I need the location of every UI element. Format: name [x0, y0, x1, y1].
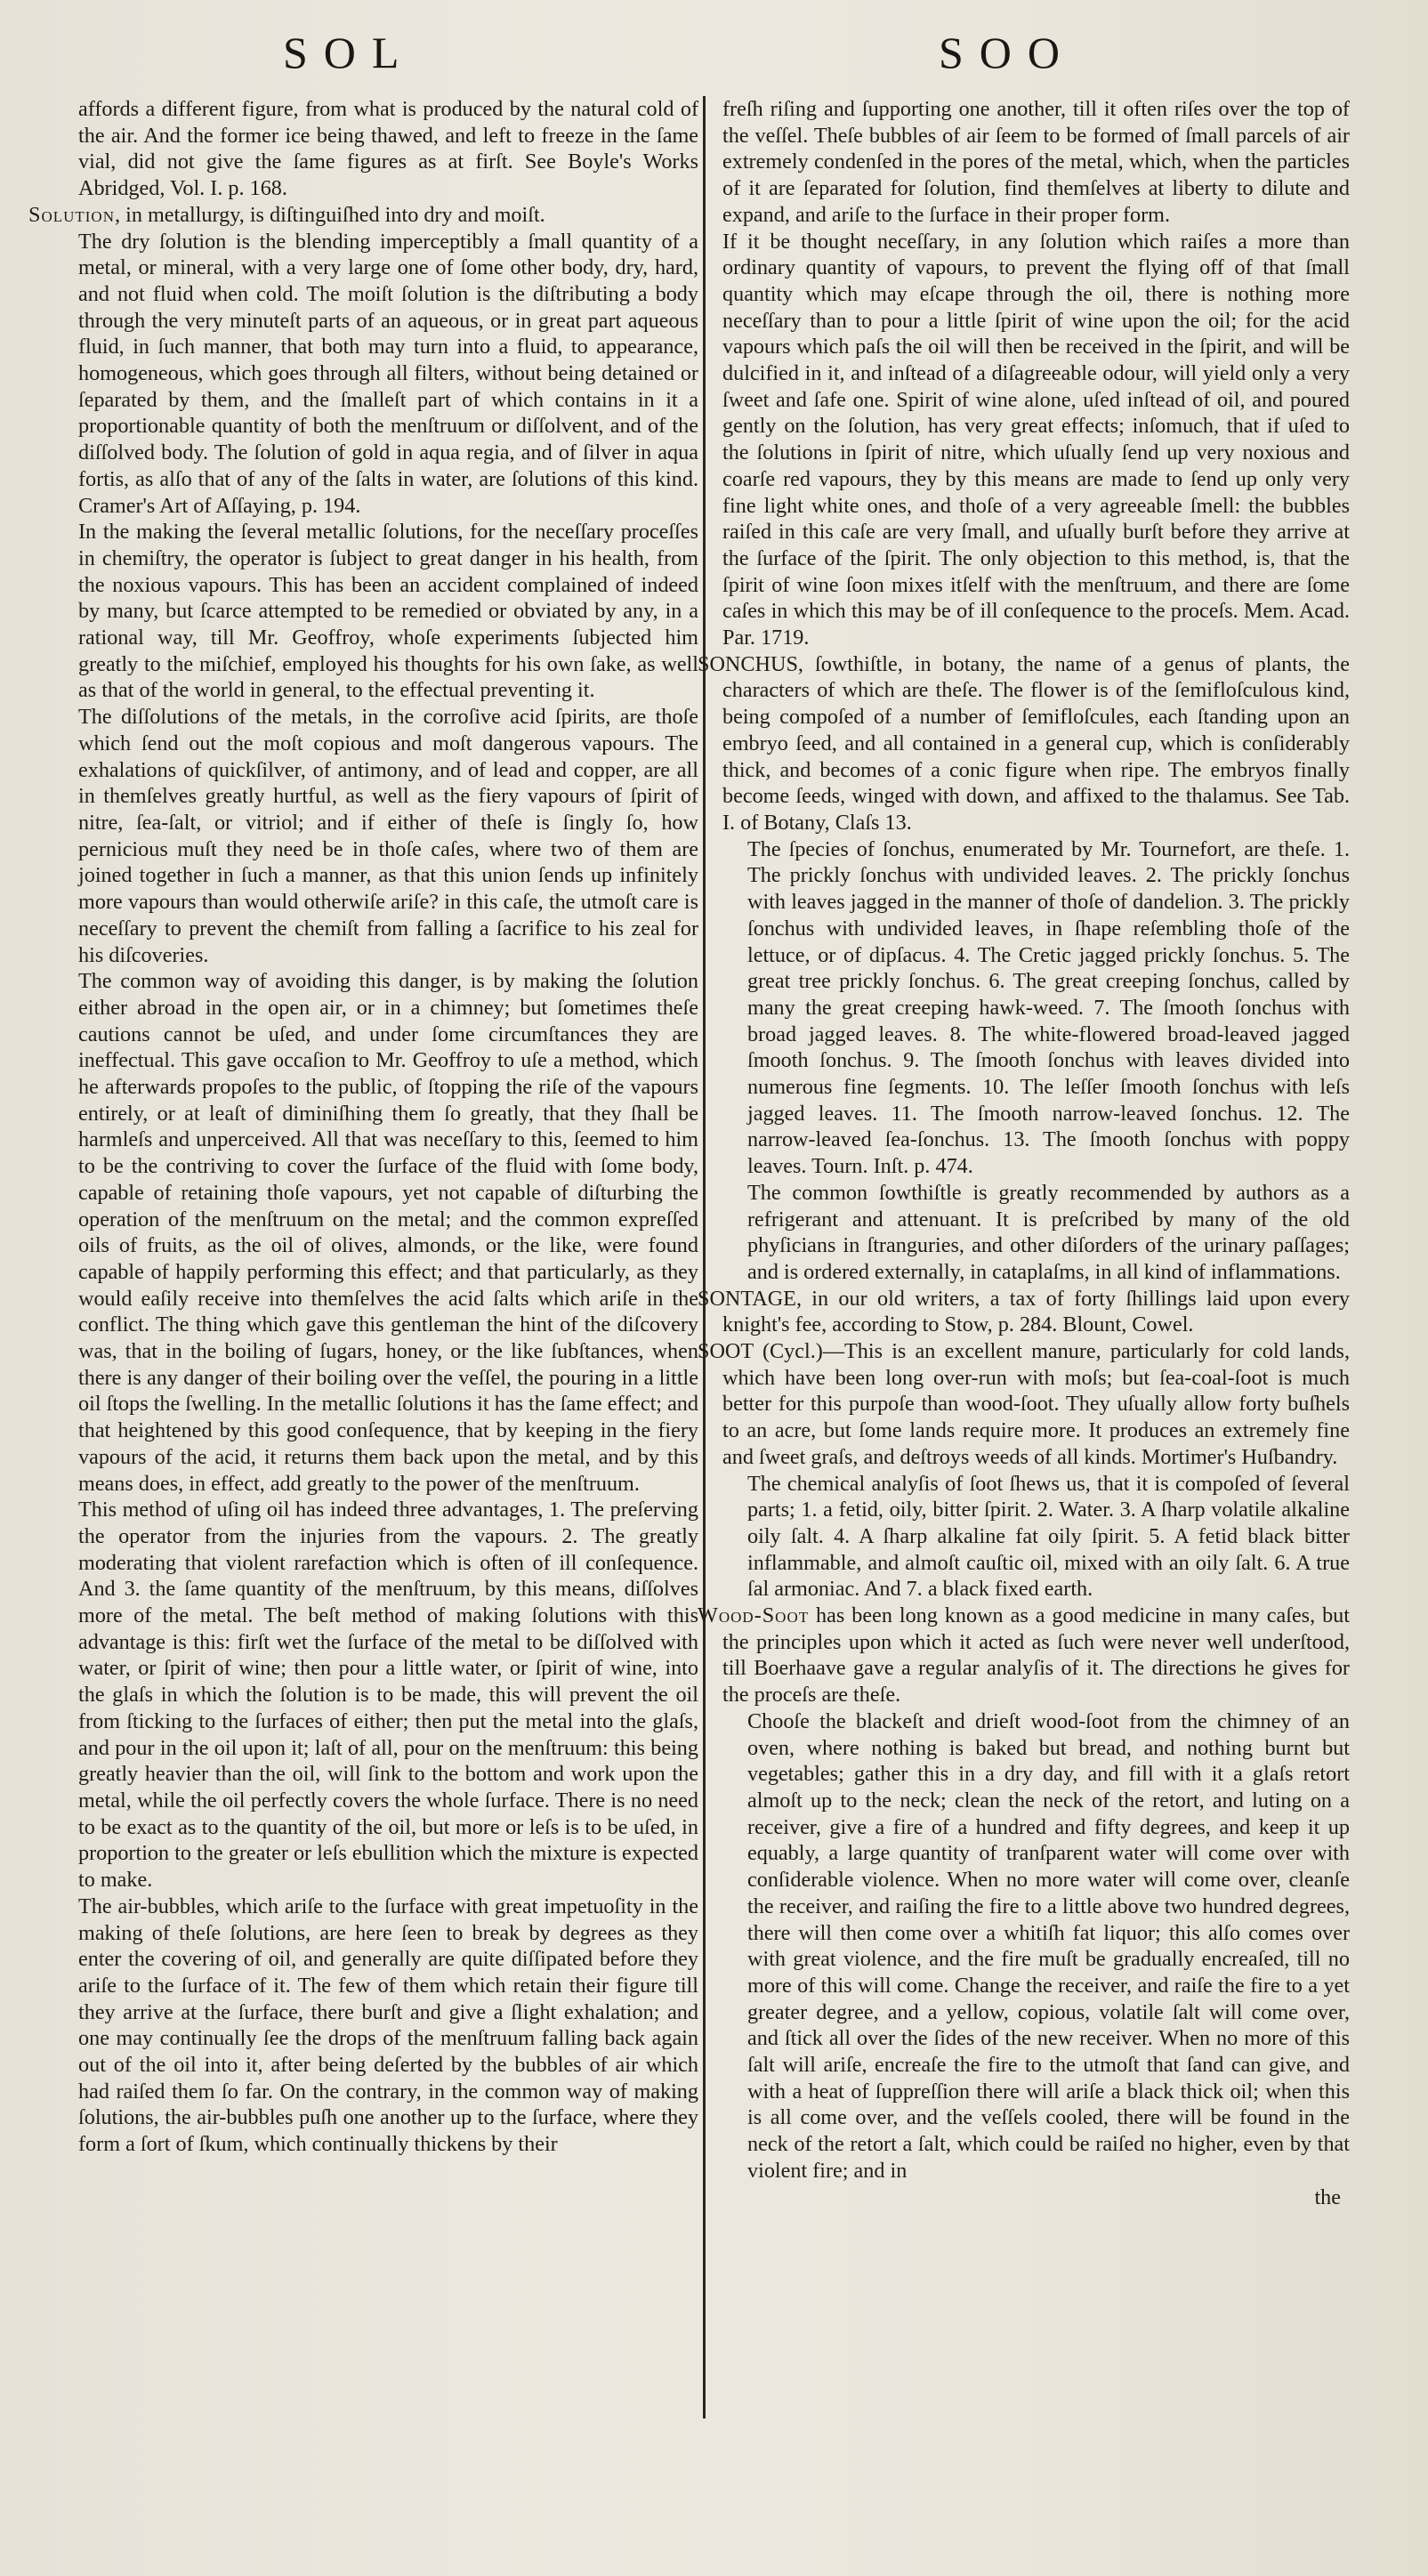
left-column: affords a different figure, from what is…	[53, 96, 698, 2158]
entry-text: , in our old writers, a tax of forty ſhi…	[722, 1287, 1350, 1337]
paragraph: If it be thought neceſſary, in any ſolut…	[722, 229, 1350, 651]
paragraph: The air-bubbles, which ariſe to the ſurf…	[53, 1894, 698, 2158]
paragraph: Chooſe the blackeſt and drieſt wood-ſoot…	[722, 1708, 1350, 2184]
entry-text: (Cycl.)—This is an excellent manure, par…	[722, 1339, 1350, 1469]
headword: Wood-Soot	[698, 1603, 809, 1627]
paragraph: freſh riſing and ſupporting one another,…	[722, 96, 1350, 229]
entry-text: has been long known as a good medicine i…	[722, 1603, 1350, 1707]
headword: Solution	[28, 203, 115, 227]
running-head-left: SOL	[283, 27, 415, 78]
headword: SONTAGE	[698, 1287, 796, 1311]
paragraph: The dry ſolution is the blending imperce…	[53, 229, 698, 520]
dictionary-entry-sontage: SONTAGE, in our old writers, a tax of fo…	[722, 1286, 1350, 1338]
column-rule	[703, 96, 706, 2419]
paragraph: The common ſowthiſtle is greatly recomme…	[722, 1180, 1350, 1286]
paragraph: The ſpecies of ſonchus, enumerated by Mr…	[722, 836, 1350, 1180]
headword: SONCHUS	[698, 652, 798, 676]
paragraph: affords a different figure, from what is…	[53, 96, 698, 202]
headword: SOOT	[698, 1339, 754, 1363]
catchword: the	[722, 2184, 1350, 2211]
dictionary-entry-sonchus: SONCHUS, ſowthiſtle, in botany, the name…	[722, 651, 1350, 836]
right-column: freſh riſing and ſupporting one another,…	[722, 96, 1350, 2210]
running-head-right: SOO	[939, 27, 1076, 78]
book-page: SOL SOO affords a different figure, from…	[0, 0, 1428, 2576]
paragraph: This method of uſing oil has indeed thre…	[53, 1497, 698, 1894]
entry-text: , ſowthiſtle, in botany, the name of a g…	[722, 652, 1350, 835]
dictionary-entry-solution: Solution, in metallurgy, is diſtinguiſhe…	[53, 202, 698, 229]
paragraph: In the making the ſeveral metallic ſolut…	[53, 519, 698, 704]
dictionary-entry-soot: SOOT (Cycl.)—This is an excellent manure…	[722, 1338, 1350, 1471]
paragraph: The chemical analyſis of ſoot ſhews us, …	[722, 1471, 1350, 1603]
paragraph: The diſſolutions of the metals, in the c…	[53, 704, 698, 968]
entry-text: , in metallurgy, is diſtinguiſhed into d…	[115, 203, 545, 227]
dictionary-entry-wood-soot: Wood-Soot has been long known as a good …	[722, 1603, 1350, 1708]
paragraph: The common way of avoiding this danger, …	[53, 968, 698, 1497]
